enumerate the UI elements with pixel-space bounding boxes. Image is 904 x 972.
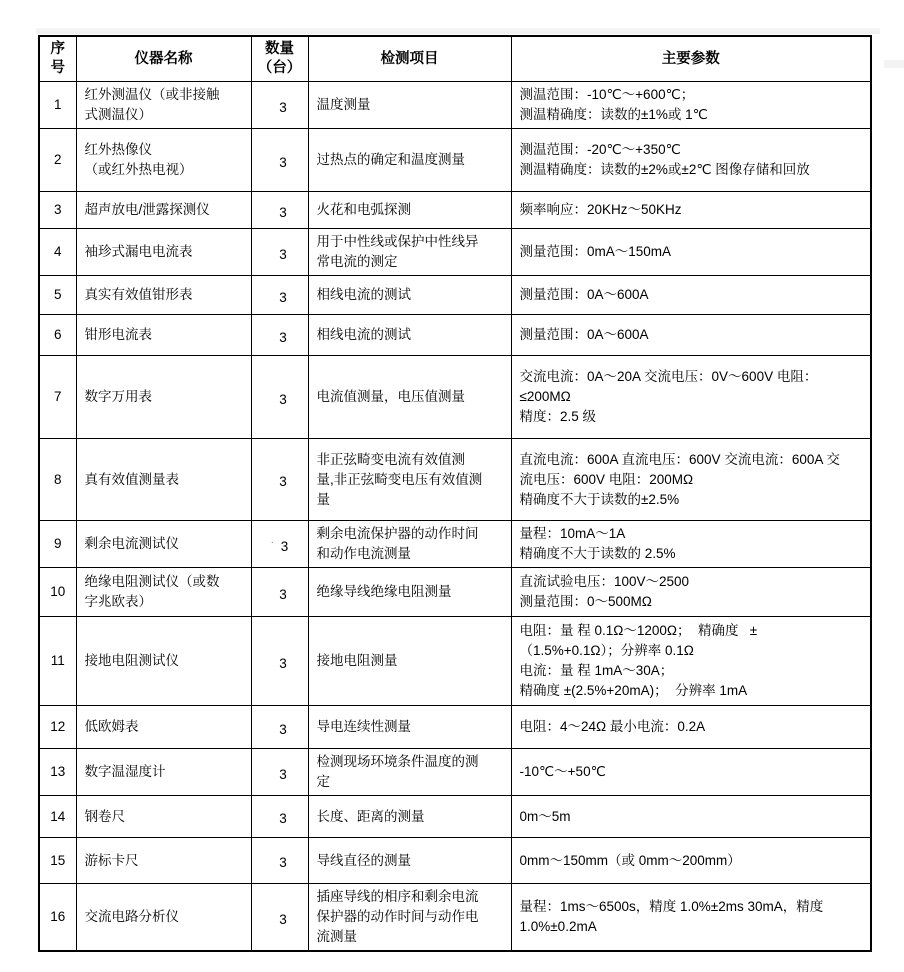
instrument-name-cell: 数字温湿度计 [76,749,251,796]
instrument-name-cell: 超声放电/泄露探测仪 [76,192,251,229]
table-row: 12 低欧姆表 3 导电连续性测量 电阻：4～24Ω 最小电流：0.2A [39,706,871,749]
instrument-name-cell: 钳形电流表 [76,315,251,356]
test-items-cell: 相线电流的测试 [308,315,511,356]
row-number-cell: 4 [39,229,76,276]
quantity-value: 3 [279,767,287,782]
parameters-cell: 0mm～150mm（或 0mm～200mm） [511,838,871,884]
quantity-cell: 3 [251,82,308,129]
quantity-cell: 3 [251,796,308,838]
test-items-cell: 导线直径的测量 [308,838,511,884]
table-row: 6 钳形电流表 3 相线电流的测试 测量范围：0A～600A [39,315,871,356]
parameters-cell: 量程：10mA～1A 精确度不大于读数的 2.5% [511,521,871,568]
quantity-value: 3 [279,330,287,345]
row-number-cell: 10 [39,568,76,617]
row-number-cell: 12 [39,706,76,749]
instrument-name-cell: 低欧姆表 [76,706,251,749]
parameters-cell: 直流电流：600A 直流电压：600V 交流电流：600A 交 流电压：600V… [511,439,871,521]
table-row: 4 袖珍式漏电电流表 3 用于中性线或保护中性线异 常电流的测定 测量范围：0m… [39,229,871,276]
table-row: 7 数字万用表 3 电流值测量，电压值测量 交流电流：0A～20A 交流电压：0… [39,356,871,439]
row-number-cell: 1 [39,82,76,129]
header-main-parameters: 主要参数 [511,36,871,82]
row-number-cell: 7 [39,356,76,439]
instrument-name-cell: 交流电路分析仪 [76,884,251,952]
quantity-value: 3 [279,855,287,870]
header-instrument-name: 仪器名称 [76,36,251,82]
quantity-cell: ·3 [251,521,308,568]
row-number-cell: 13 [39,749,76,796]
instrument-spec-table: 序 号 仪器名称 数量 （台） 检测项目 主要参数 1 红外测温仪（或非接触 式… [38,35,872,952]
quantity-value: 3 [279,722,287,737]
test-items-cell: 插座导线的相序和剩余电流 保护器的动作时间与动作电 流测量 [308,884,511,952]
table-row: 16 交流电路分析仪 3 插座导线的相序和剩余电流 保护器的动作时间与动作电 流… [39,884,871,952]
row-number-cell: 8 [39,439,76,521]
quantity-cell: 3 [251,229,308,276]
parameters-cell: 0m～5m [511,796,871,838]
quantity-value: 3 [279,474,287,489]
instrument-name-cell: 红外热像仪 （或红外热电视） [76,129,251,192]
quantity-value: 3 [279,912,287,927]
quantity-cell: 3 [251,706,308,749]
instrument-name-cell: 剩余电流测试仪 [76,521,251,568]
parameters-cell: 测温范围：-20℃～+350℃ 测温精确度：读数的±2%或±2℃ 图像存储和回放 [511,129,871,192]
instrument-name-cell: 数字万用表 [76,356,251,439]
table-row: 3 超声放电/泄露探测仪 3 火花和电弧探测 频率响应：20KHz～50KHz [39,192,871,229]
parameters-cell: 测量范围：0A～600A [511,315,871,356]
test-items-cell: 剩余电流保护器的动作时间 和动作电流测量 [308,521,511,568]
table-row: 10 绝缘电阻测试仪（或数 字兆欧表） 3 绝缘导线绝缘电阻测量 直流试验电压：… [39,568,871,617]
quantity-cell: 3 [251,568,308,617]
instrument-name-cell: 游标卡尺 [76,838,251,884]
quantity-value: 3 [279,587,287,602]
row-number-cell: 11 [39,617,76,706]
row-number-cell: 14 [39,796,76,838]
row-number-cell: 2 [39,129,76,192]
scan-artifact-mark [884,60,904,68]
test-items-cell: 非正弦畸变电流有效值测 量,非正弦畸变电压有效值测 量 [308,439,511,521]
table-row: 2 红外热像仪 （或红外热电视） 3 过热点的确定和温度测量 测温范围：-20℃… [39,129,871,192]
quantity-value: 3 [279,247,287,262]
parameters-cell: 测量范围：0A～600A [511,276,871,315]
row-number-cell: 6 [39,315,76,356]
table-row: 9 剩余电流测试仪 ·3 剩余电流保护器的动作时间 和动作电流测量 量程：10m… [39,521,871,568]
parameters-cell: -10℃～+50℃ [511,749,871,796]
test-items-cell: 检测现场环境条件温度的测 定 [308,749,511,796]
quantity-value: 3 [279,656,287,671]
row-number-cell: 5 [39,276,76,315]
instrument-name-cell: 真实有效值钳形表 [76,276,251,315]
parameters-cell: 频率响应：20KHz～50KHz [511,192,871,229]
parameters-cell: 交流电流：0A～20A 交流电压：0V～600V 电阻： ≤200MΩ 精度：2… [511,356,871,439]
table-row: 8 真有效值测量表 3 非正弦畸变电流有效值测 量,非正弦畸变电压有效值测 量 … [39,439,871,521]
test-items-cell: 导电连续性测量 [308,706,511,749]
quantity-value: 3 [281,539,289,554]
test-items-cell: 温度测量 [308,82,511,129]
quantity-cell: 3 [251,315,308,356]
quantity-dot: · [271,537,274,547]
row-number-cell: 15 [39,838,76,884]
quantity-cell: 3 [251,129,308,192]
instrument-name-cell: 真有效值测量表 [76,439,251,521]
row-number-cell: 9 [39,521,76,568]
test-items-cell: 用于中性线或保护中性线异 常电流的测定 [308,229,511,276]
parameters-cell: 电阻：量 程 0.1Ω～1200Ω； 精确度 ± （1.5%+0.1Ω）；分辨率… [511,617,871,706]
quantity-value: 3 [279,155,287,170]
quantity-cell: 3 [251,838,308,884]
table-row: 5 真实有效值钳形表 3 相线电流的测试 测量范围：0A～600A [39,276,871,315]
instrument-name-cell: 钢卷尺 [76,796,251,838]
quantity-cell: 3 [251,617,308,706]
table-header-row: 序 号 仪器名称 数量 （台） 检测项目 主要参数 [39,36,871,82]
quantity-cell: 3 [251,276,308,315]
row-number-cell: 3 [39,192,76,229]
quantity-cell: 3 [251,356,308,439]
quantity-value: 3 [279,290,287,305]
parameters-cell: 直流试验电压：100V～2500 测量范围：0～500MΩ [511,568,871,617]
table-row: 15 游标卡尺 3 导线直径的测量 0mm～150mm（或 0mm～200mm） [39,838,871,884]
document-page: 序 号 仪器名称 数量 （台） 检测项目 主要参数 1 红外测温仪（或非接触 式… [0,0,904,972]
quantity-value: 3 [279,100,287,115]
test-items-cell: 绝缘导线绝缘电阻测量 [308,568,511,617]
header-row-number: 序 号 [39,36,76,82]
test-items-cell: 接地电阻测量 [308,617,511,706]
test-items-cell: 过热点的确定和温度测量 [308,129,511,192]
scan-artifact-strip [36,28,880,34]
parameters-cell: 测量范围：0mA～150mA [511,229,871,276]
table-row: 14 钢卷尺 3 长度、距离的测量 0m～5m [39,796,871,838]
table-row: 13 数字温湿度计 3 检测现场环境条件温度的测 定 -10℃～+50℃ [39,749,871,796]
quantity-cell: 3 [251,192,308,229]
table-row: 1 红外测温仪（或非接触 式测温仪） 3 温度测量 测温范围：-10℃～+600… [39,82,871,129]
header-test-items: 检测项目 [308,36,511,82]
quantity-cell: 3 [251,884,308,952]
instrument-name-cell: 接地电阻测试仪 [76,617,251,706]
instrument-name-cell: 袖珍式漏电电流表 [76,229,251,276]
parameters-cell: 电阻：4～24Ω 最小电流：0.2A [511,706,871,749]
parameters-cell: 测温范围：-10℃～+600℃； 测温精确度：读数的±1%或 1℃ [511,82,871,129]
quantity-value: 3 [279,392,287,407]
instrument-name-cell: 红外测温仪（或非接触 式测温仪） [76,82,251,129]
quantity-cell: 3 [251,749,308,796]
quantity-cell: 3 [251,439,308,521]
table-row: 11 接地电阻测试仪 3 接地电阻测量 电阻：量 程 0.1Ω～1200Ω； 精… [39,617,871,706]
instrument-name-cell: 绝缘电阻测试仪（或数 字兆欧表） [76,568,251,617]
quantity-value: 3 [279,205,287,220]
test-items-cell: 相线电流的测试 [308,276,511,315]
quantity-value: 3 [279,811,287,826]
row-number-cell: 16 [39,884,76,952]
test-items-cell: 长度、距离的测量 [308,796,511,838]
test-items-cell: 火花和电弧探测 [308,192,511,229]
header-quantity: 数量 （台） [251,36,308,82]
parameters-cell: 量程：1ms～6500s，精度 1.0%±2ms 30mA，精度 1.0%±0.… [511,884,871,952]
test-items-cell: 电流值测量，电压值测量 [308,356,511,439]
